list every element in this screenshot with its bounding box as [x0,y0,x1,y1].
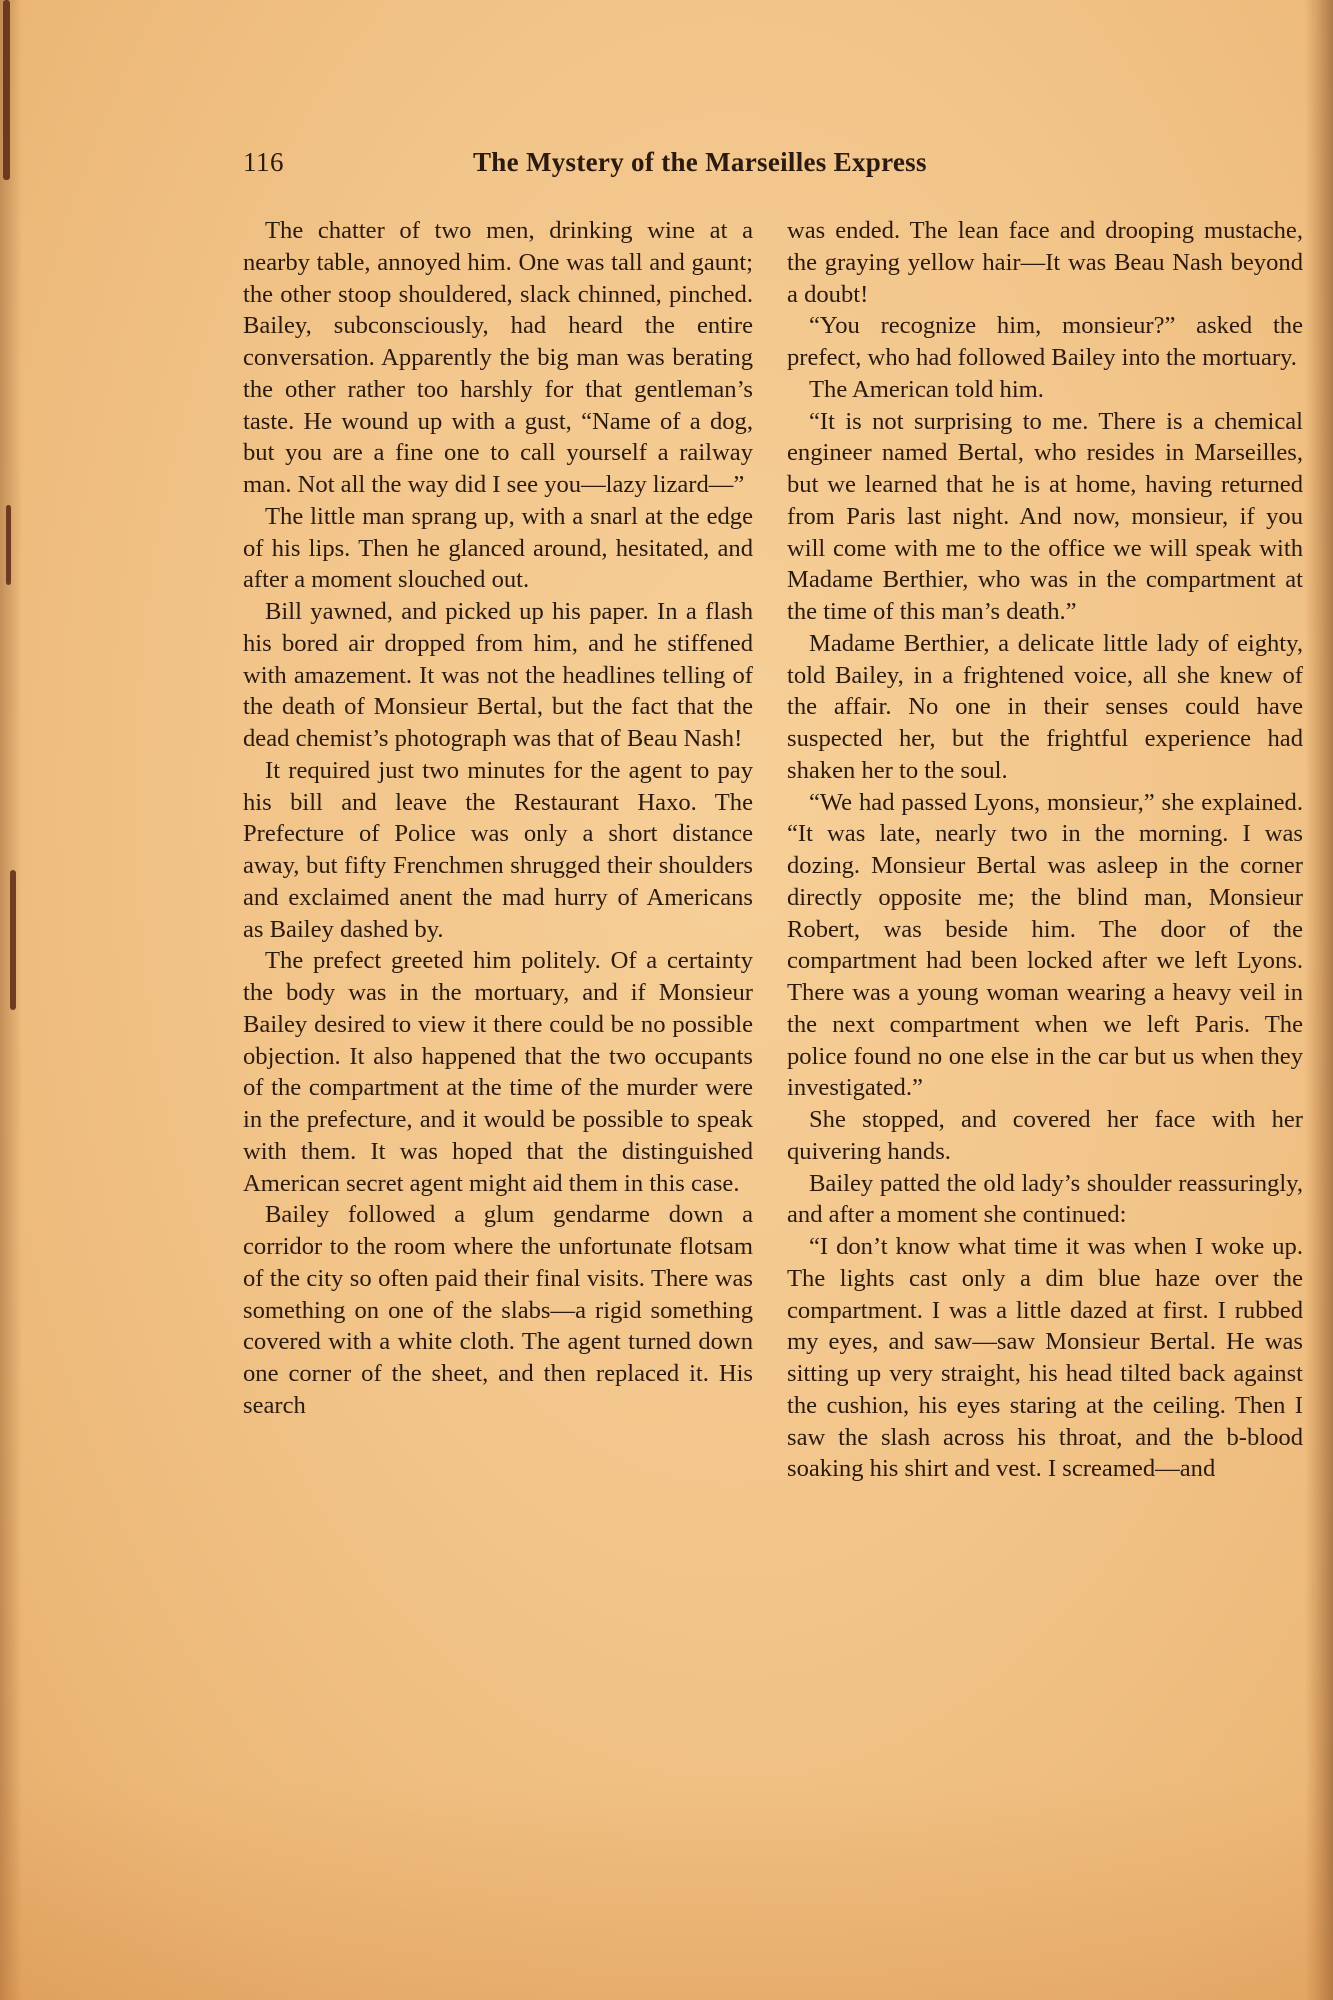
paragraph: “I don’t know what time it was when I wo… [787,1231,1303,1485]
paragraph: It required just two minutes for the age… [243,755,753,946]
paragraph: Madame Berthier, a delicate little lady … [787,628,1303,787]
paragraph: The prefect greeted him politely. Of a c… [243,945,753,1199]
page-number: 116 [243,147,284,178]
paragraph: Bailey followed a glum gendarme down a c… [243,1199,753,1421]
paragraph: Bill yawned, and picked up his paper. In… [243,596,753,755]
left-column: The chatter of two men, drinking wine at… [243,215,753,1422]
page-edge-right [1305,0,1333,2000]
paragraph: “You recognize him, monsieur?” asked the… [787,310,1303,374]
paragraph-continuation: was ended. The lean face and drooping mu… [787,215,1303,310]
paragraph: “It is not surprising to me. There is a … [787,406,1303,628]
binding-mark [6,505,11,585]
paragraph: The chatter of two men, drinking wine at… [243,215,753,501]
binding-mark [3,0,10,180]
right-column: was ended. The lean face and drooping mu… [787,215,1303,1485]
paragraph: She stopped, and covered her face with h… [787,1104,1303,1168]
page-header: 116 The Mystery of the Marseilles Expres… [243,147,1305,187]
running-title: The Mystery of the Marseilles Express [473,147,927,178]
paragraph: “We had passed Lyons, monsieur,” she exp… [787,787,1303,1105]
paragraph: Bailey patted the old lady’s shoulder re… [787,1168,1303,1232]
paragraph: The American told him. [787,374,1303,406]
page-edge-bottom [0,1780,1333,2000]
binding-mark [10,870,16,1010]
paragraph: The little man sprang up, with a snarl a… [243,501,753,596]
